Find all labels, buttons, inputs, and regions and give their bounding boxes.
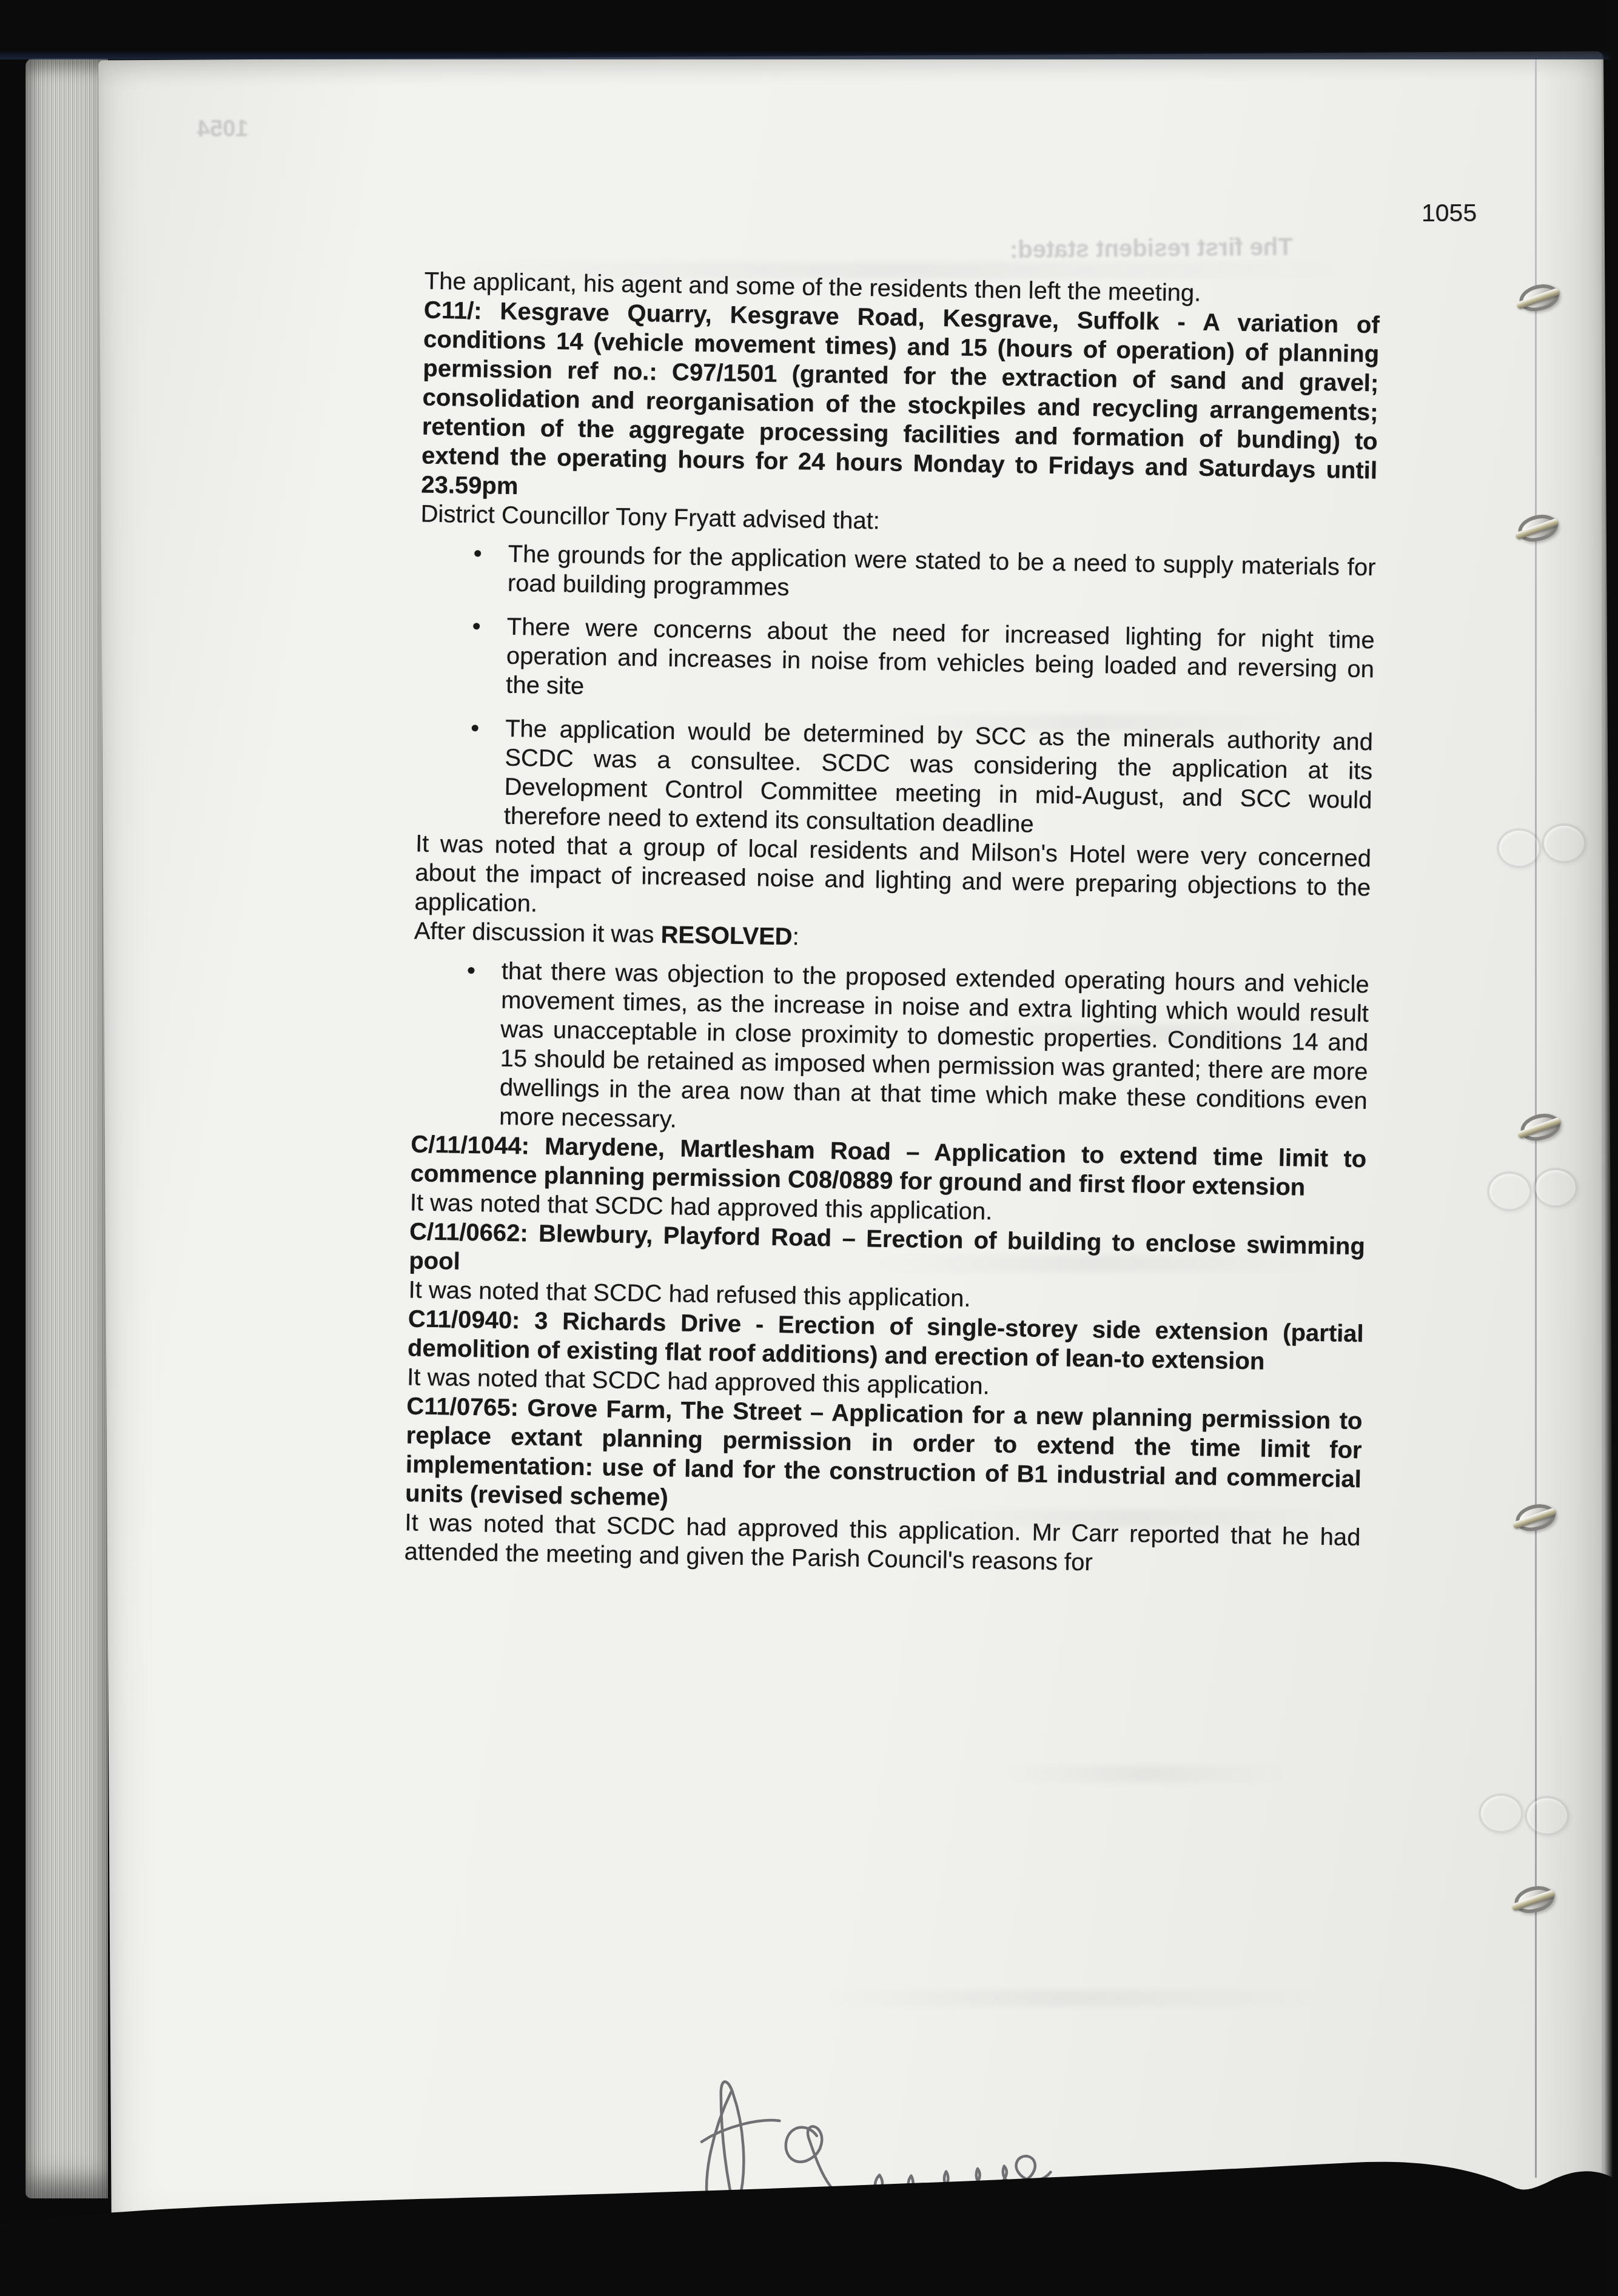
advice-bullet-text: The application would be determined by S… bbox=[504, 714, 1374, 844]
bleedthrough-smudge bbox=[1001, 1766, 1292, 1782]
binder-spine-strip bbox=[0, 50, 1618, 59]
minutes-text-column: The applicant, his agent and some of the… bbox=[404, 267, 1380, 1581]
bleedthrough-smudge bbox=[819, 1990, 1328, 2007]
ring-impression bbox=[1525, 1796, 1569, 1836]
advice-bullet-item: • The application would be determined by… bbox=[416, 713, 1374, 845]
ring-impression bbox=[1479, 1793, 1523, 1833]
resolution-intro-prefix: After discussion it was bbox=[414, 917, 661, 948]
ring-impression bbox=[1533, 1168, 1578, 1208]
advice-bullet-item: • There were concerns about the need for… bbox=[418, 611, 1375, 714]
resolution-bullet-text: that there was objection to the proposed… bbox=[499, 957, 1369, 1145]
scan-background-top bbox=[0, 0, 1618, 51]
page-bottom-shadow bbox=[0, 2108, 1618, 2296]
kesgrave-heading: C11/: Kesgrave Quarry, Kesgrave Road, Ke… bbox=[421, 296, 1380, 515]
resolution-intro-suffix: : bbox=[792, 923, 799, 950]
ring-impression bbox=[1542, 823, 1586, 863]
bullet-marker: • bbox=[420, 538, 508, 598]
resolved-keyword: RESOLVED bbox=[660, 922, 793, 950]
ring-impression bbox=[1487, 1171, 1532, 1211]
bleedthrough-page-number: 1054 bbox=[197, 116, 249, 143]
advice-bullet-text: There were concerns about the need for i… bbox=[506, 612, 1375, 713]
bullet-marker: • bbox=[416, 713, 506, 831]
bullet-marker: • bbox=[411, 955, 502, 1131]
page-number: 1055 bbox=[1422, 199, 1477, 227]
ring-impression bbox=[1497, 828, 1542, 868]
bleedthrough-text-line: The first resident stated: bbox=[1010, 234, 1293, 264]
resolution-bullet-item: • that there was objection to the propos… bbox=[411, 955, 1369, 1145]
advice-bullet-text: The grounds for the application were sta… bbox=[508, 540, 1376, 611]
scan-background-right bbox=[1601, 0, 1618, 2296]
page-stack-edges bbox=[25, 58, 108, 2198]
advice-bullet-item: • The grounds for the application were s… bbox=[420, 538, 1376, 612]
scanned-minutes-page: 1054 The first resident stated: 1055 The… bbox=[0, 0, 1618, 2296]
noted-paragraph: It was noted that a group of local resid… bbox=[414, 829, 1371, 932]
application-heading-c11-0765: C11/0765: Grove Farm, The Street – Appli… bbox=[405, 1391, 1363, 1523]
bullet-marker: • bbox=[418, 611, 507, 700]
